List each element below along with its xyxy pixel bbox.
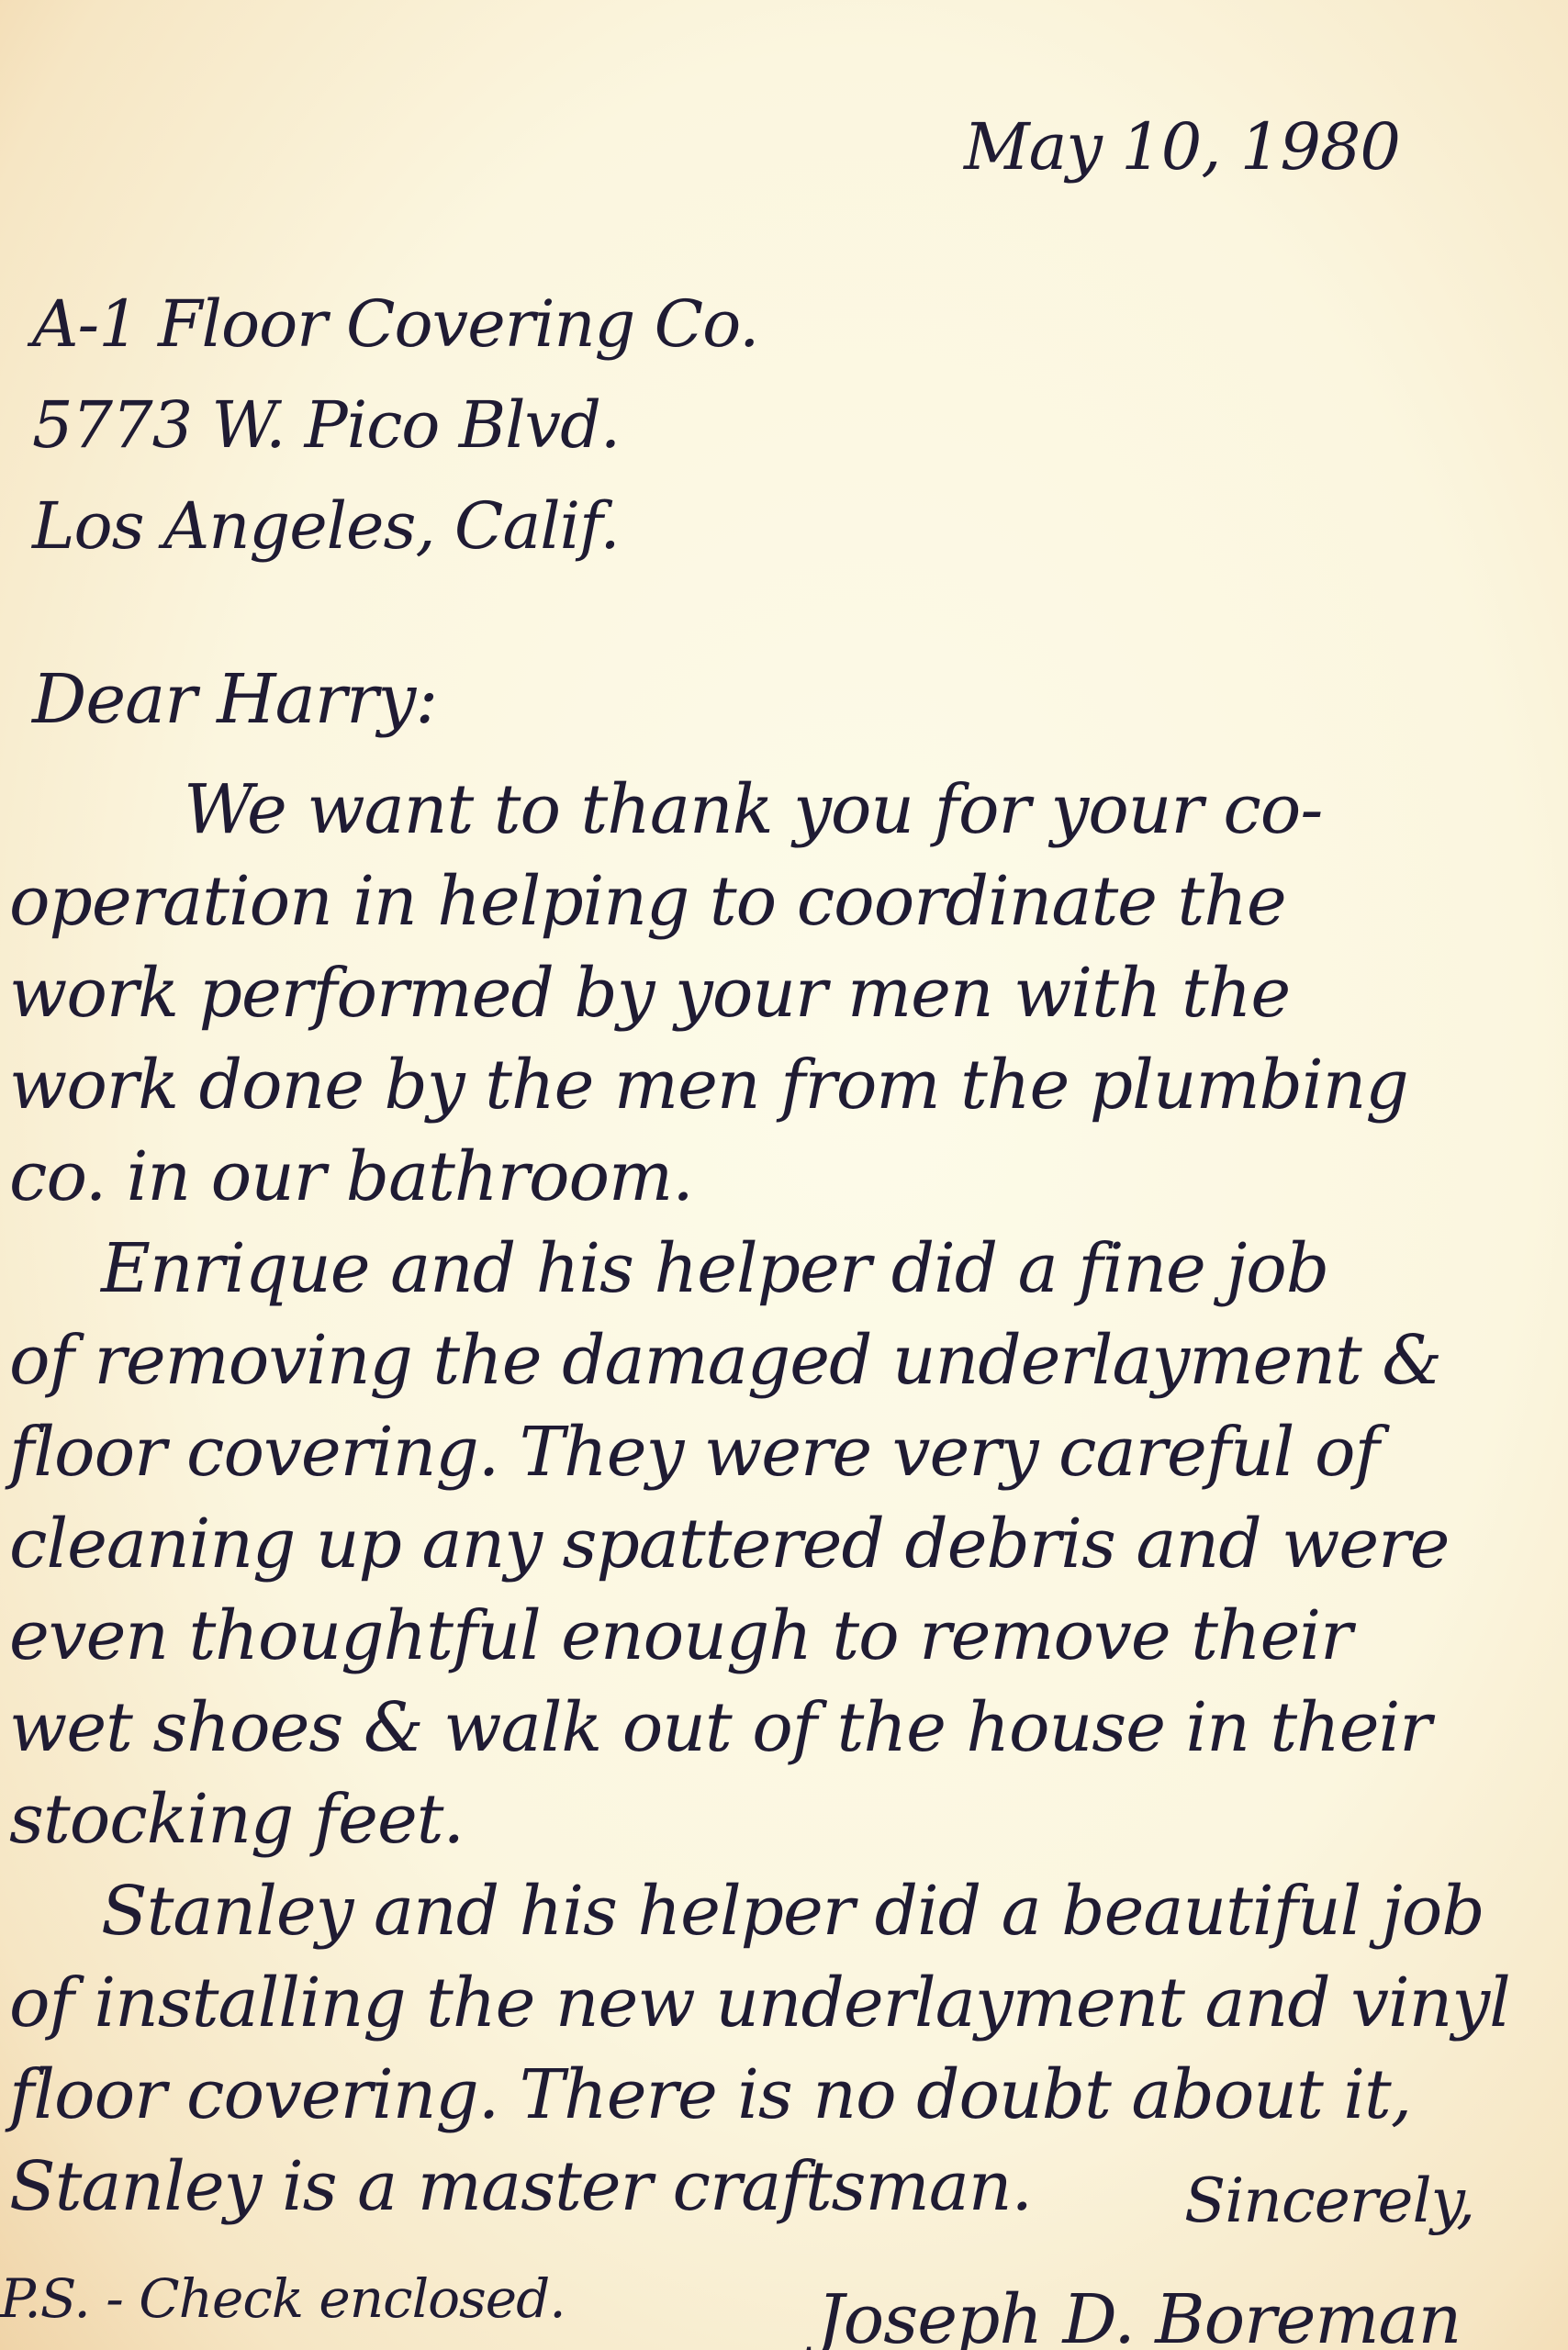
body-line: stocking feet.	[9, 1785, 464, 1853]
body-line: operation in helping to coordinate the	[9, 867, 1286, 935]
salutation: Dear Harry:	[32, 666, 437, 733]
recipient-city: Los Angeles, Calif.	[32, 494, 620, 558]
body-line: even thoughtful enough to remove their	[9, 1602, 1351, 1670]
body-line: Enrique and his helper did a fine job	[101, 1235, 1328, 1303]
body-line: work performed by your men with the	[9, 959, 1290, 1027]
recipient-company: A-1 Floor Covering Co.	[32, 292, 758, 356]
body-line: work done by the men from the plumbing	[9, 1051, 1408, 1119]
body-line: floor covering. There is no doubt about …	[9, 2061, 1411, 2129]
body-line: We want to thank you for your co-	[184, 776, 1322, 844]
closing: Sincerely,	[1184, 2171, 1474, 2232]
postscript: P.S. - Check enclosed.	[0, 2272, 566, 2325]
body-line: wet shoes & walk out of the house in the…	[9, 1694, 1431, 1762]
body-line: floor covering. They were very careful o…	[9, 1418, 1379, 1486]
body-line: co. in our bathroom.	[9, 1143, 693, 1211]
handwritten-letter: May 10, 1980 A-1 Floor Covering Co. 5773…	[0, 0, 1568, 2350]
body-line: Stanley is a master craftsman.	[9, 2153, 1032, 2221]
letter-date: May 10, 1980	[964, 115, 1400, 179]
body-line: cleaning up any spattered debris and wer…	[9, 1510, 1449, 1578]
body-line: of removing the damaged underlayment &	[9, 1326, 1441, 1394]
body-line: of installing the new underlayment and v…	[9, 1969, 1510, 2037]
body-line: Stanley and his helper did a beautiful j…	[101, 1877, 1484, 1945]
signature: Joseph D. Boreman	[817, 2286, 1461, 2350]
recipient-street: 5773 W. Pico Blvd.	[32, 393, 620, 457]
